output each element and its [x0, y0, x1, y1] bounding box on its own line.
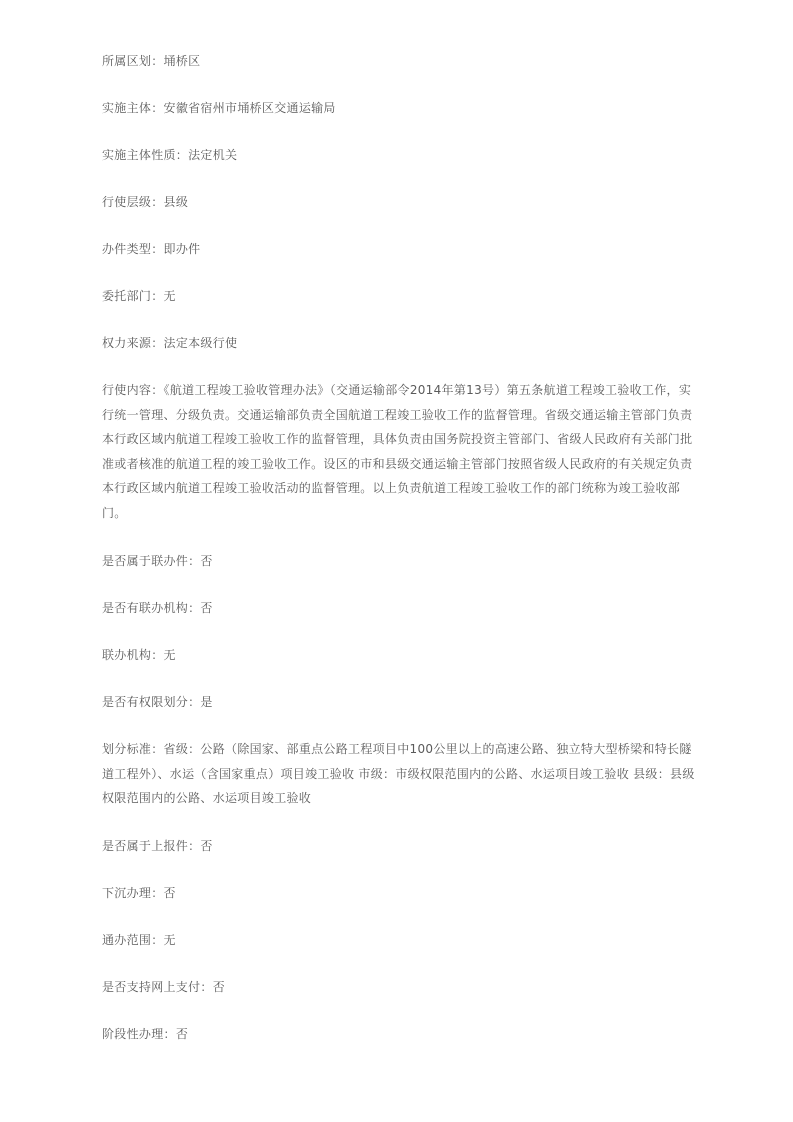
field-universal-scope: 通办范围：无	[102, 928, 702, 953]
field-label: 是否支持网上支付：	[102, 980, 213, 994]
field-value: 安徽省宿州市埇桥区交通运输局	[164, 101, 336, 115]
field-label: 联办机构：	[102, 648, 164, 662]
field-is-joint-case: 是否属于联办件：否	[102, 549, 702, 574]
field-is-reported-case: 是否属于上报件：否	[102, 834, 702, 859]
field-label: 阶段性办理：	[102, 1027, 176, 1041]
field-label: 办件类型：	[102, 242, 164, 256]
field-label: 实施主体：	[102, 101, 164, 115]
field-value: 法定本级行使	[164, 336, 238, 350]
field-exercise-content: 行使内容：《航道工程竣工验收管理办法》（交通运输部令2014年第13号）第五条航…	[102, 378, 702, 525]
field-value: 否	[200, 554, 212, 568]
field-online-payment: 是否支持网上支付：否	[102, 975, 702, 1000]
field-label: 权力来源：	[102, 336, 164, 350]
field-power-source: 权力来源：法定本级行使	[102, 331, 702, 356]
field-label: 所属区划：	[102, 54, 164, 68]
field-phased-handling: 阶段性办理：否	[102, 1022, 702, 1047]
field-sink-handling: 下沉办理：否	[102, 881, 702, 906]
field-value: 否	[213, 980, 225, 994]
field-value: 埇桥区	[164, 54, 201, 68]
field-label: 行使层级：	[102, 195, 164, 209]
field-value: 无	[164, 648, 176, 662]
field-label: 委托部门：	[102, 289, 164, 303]
field-value: 是	[200, 695, 212, 709]
field-value: 否	[200, 839, 212, 853]
field-division-standard: 划分标准：省级：公路（除国家、部重点公路工程项目中100公里以上的高速公路、独立…	[102, 737, 702, 811]
field-value: 《航道工程竣工验收管理办法》（交通运输部令2014年第13号）第五条航道工程竣工…	[102, 383, 692, 520]
field-implementing-body: 实施主体：安徽省宿州市埇桥区交通运输局	[102, 96, 702, 121]
field-value: 无	[164, 933, 176, 947]
field-case-type: 办件类型：即办件	[102, 237, 702, 262]
field-value: 法定机关	[188, 148, 237, 162]
field-value: 否	[164, 886, 176, 900]
field-label: 是否属于上报件：	[102, 839, 200, 853]
field-label: 通办范围：	[102, 933, 164, 947]
field-label: 是否有权限划分：	[102, 695, 200, 709]
field-exercise-level: 行使层级：县级	[102, 190, 702, 215]
field-value: 无	[164, 289, 176, 303]
field-label: 划分标准：	[102, 742, 164, 756]
field-value: 省级：公路（除国家、部重点公路工程项目中100公里以上的高速公路、独立特大型桥梁…	[102, 742, 695, 805]
field-label: 实施主体性质：	[102, 148, 188, 162]
field-value: 否	[176, 1027, 188, 1041]
field-label: 行使内容：	[102, 383, 164, 397]
field-label: 是否属于联办件：	[102, 554, 200, 568]
field-value: 否	[200, 601, 212, 615]
field-value: 即办件	[164, 242, 201, 256]
field-joint-org: 联办机构：无	[102, 643, 702, 668]
field-value: 县级	[164, 195, 189, 209]
field-label: 是否有联办机构：	[102, 601, 200, 615]
field-label: 下沉办理：	[102, 886, 164, 900]
field-jurisdiction: 所属区划：埇桥区	[102, 49, 702, 74]
field-entrusted-dept: 委托部门：无	[102, 284, 702, 309]
field-body-nature: 实施主体性质：法定机关	[102, 143, 702, 168]
field-has-authority-division: 是否有权限划分：是	[102, 690, 702, 715]
field-has-joint-org: 是否有联办机构：否	[102, 596, 702, 621]
